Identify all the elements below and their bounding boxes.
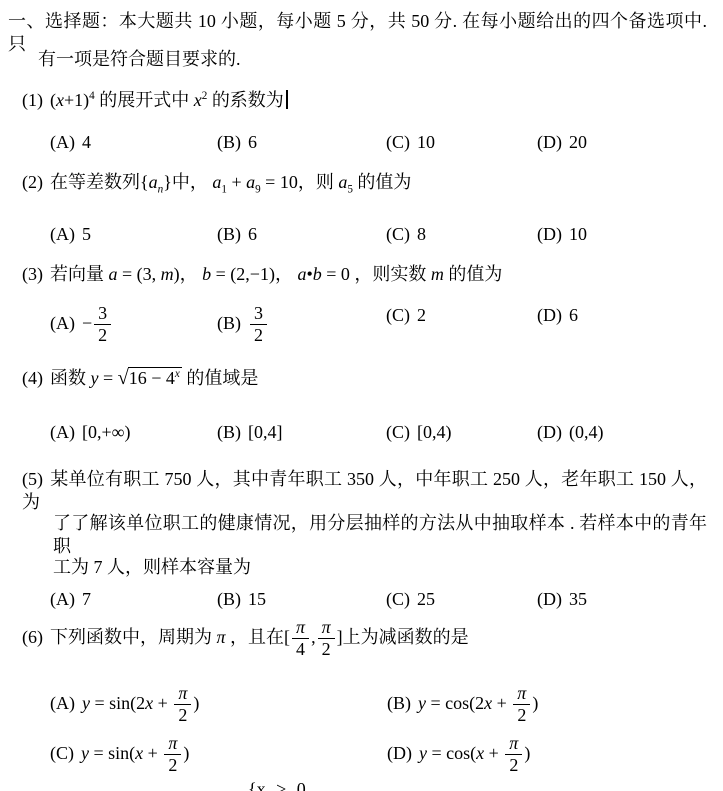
option-value: 20: [569, 132, 587, 152]
text-cursor: [286, 90, 288, 109]
question-number: (2): [22, 172, 43, 192]
option-value: 2: [417, 305, 426, 325]
question-6-stem: (6)下列函数中，周期为 π ，且在[π4,π2]上为减函数的是: [22, 618, 469, 659]
option-value: 10: [569, 224, 587, 244]
option-value: 6: [248, 224, 257, 244]
option-label: (D): [537, 132, 562, 152]
question-4-stem: (4)函数 y = √16 − 4x 的值域是: [22, 366, 258, 391]
option-b: (B)y = cos(2x + π2): [387, 684, 715, 725]
question-number: (6): [22, 627, 43, 647]
option-value: 32: [248, 313, 269, 333]
option-value: 10: [417, 132, 435, 152]
option-label: (C): [386, 132, 410, 152]
option-c: (C)2: [386, 304, 537, 345]
next-line-cutoff-fragment: {x > 0: [248, 778, 306, 791]
option-label: (A): [50, 693, 75, 713]
option-value: (0,4): [569, 422, 604, 442]
question-2-stem: (2)在等差数列{an}中， a1 + a9 = 10，则 a5 的值为: [22, 171, 411, 194]
question-text: 下列函数中，周期为 π ，且在[π4,π2]上为减函数的是: [50, 627, 469, 647]
option-value: [0,4]: [248, 422, 283, 442]
option-value: 35: [569, 589, 587, 609]
option-label: (D): [537, 422, 562, 442]
option-label: (C): [50, 743, 74, 763]
option-value: [0,+∞): [82, 422, 130, 442]
option-label: (B): [217, 132, 241, 152]
question-text: 若向量 a = (3, m)， b = (2,−1)， a•b = 0 ，则实数…: [50, 264, 502, 284]
option-d: (D)35: [537, 588, 715, 611]
option-d: (D)(0,4): [537, 421, 715, 444]
question-1-options: (A)4 (B)6 (C)10 (D)20: [50, 131, 715, 154]
option-label: (B): [217, 313, 241, 333]
option-value: [0,4): [417, 422, 452, 442]
option-label: (B): [217, 224, 241, 244]
question-number: (3): [22, 264, 43, 284]
option-value: y = cos(2x + π2): [418, 693, 538, 713]
option-value: 4: [82, 132, 91, 152]
question-5-stem-line1: (5)某单位有职工 750 人，其中青年职工 350 人，中年职工 250 人，…: [22, 468, 707, 513]
option-a: (A)4: [50, 131, 217, 154]
option-c: (C)10: [386, 131, 537, 154]
question-text: (x+1)4 的展开式中 x2 的系数为: [50, 90, 288, 110]
option-b: (B)[0,4]: [217, 421, 386, 444]
question-6-options-row2: (C)y = sin(x + π2) (D)y = cos(x + π2): [50, 734, 715, 775]
option-label: (C): [386, 589, 410, 609]
question-5-options: (A)7 (B)15 (C)25 (D)35: [50, 588, 715, 611]
question-4-options: (A)[0,+∞) (B)[0,4] (C)[0,4) (D)(0,4): [50, 421, 715, 444]
option-label: (D): [537, 305, 562, 325]
option-label: (A): [50, 224, 75, 244]
option-b: (B)6: [217, 223, 386, 246]
option-a: (A)7: [50, 588, 217, 611]
option-d: (D)6: [537, 304, 715, 345]
option-label: (A): [50, 422, 75, 442]
option-value: −32: [82, 313, 113, 333]
question-number: (4): [22, 368, 43, 388]
option-b: (B)15: [217, 588, 386, 611]
option-value: 8: [417, 224, 426, 244]
question-6-options-row1: (A)y = sin(2x + π2) (B)y = cos(2x + π2): [50, 684, 715, 725]
option-value: 6: [248, 132, 257, 152]
option-label: (A): [50, 132, 75, 152]
option-label: (D): [537, 224, 562, 244]
section-header-line2: 有一项是符合题目要求的.: [38, 48, 241, 71]
option-c: (C)y = sin(x + π2): [50, 734, 387, 775]
option-value: 5: [82, 224, 91, 244]
option-a: (A)−32: [50, 304, 217, 345]
question-text: 某单位有职工 750 人，其中青年职工 350 人，中年职工 250 人，老年职…: [22, 469, 707, 512]
option-d: (D)20: [537, 131, 715, 154]
option-label: (C): [386, 224, 410, 244]
option-label: (B): [217, 589, 241, 609]
option-c: (C)[0,4): [386, 421, 537, 444]
option-value: 6: [569, 305, 578, 325]
question-5-stem-line2: 了了解该单位职工的健康情况，用分层抽样的方法从中抽取样本 . 若样本中的青年职: [53, 512, 707, 557]
option-value: 15: [248, 589, 266, 609]
question-number: (5): [22, 469, 43, 489]
option-c: (C)8: [386, 223, 537, 246]
question-3-options: (A)−32 (B)32 (C)2 (D)6: [50, 304, 715, 345]
question-number: (1): [22, 90, 43, 110]
option-d: (D)10: [537, 223, 715, 246]
option-label: (A): [50, 589, 75, 609]
question-2-options: (A)5 (B)6 (C)8 (D)10: [50, 223, 715, 246]
option-b: (B)6: [217, 131, 386, 154]
option-label: (B): [387, 693, 411, 713]
option-c: (C)25: [386, 588, 537, 611]
option-value: y = sin(x + π2): [81, 743, 189, 763]
option-a: (A)[0,+∞): [50, 421, 217, 444]
option-label: (A): [50, 313, 75, 333]
option-value: y = cos(x + π2): [419, 743, 530, 763]
document-page[interactable]: { "page": { "header_line1": "一、选择题：本大题共 …: [0, 0, 723, 791]
option-b: (B)32: [217, 304, 386, 345]
option-label: (C): [386, 422, 410, 442]
question-text: 在等差数列{an}中， a1 + a9 = 10，则 a5 的值为: [50, 172, 411, 192]
option-label: (D): [537, 589, 562, 609]
option-d: (D)y = cos(x + π2): [387, 734, 715, 775]
option-label: (C): [386, 305, 410, 325]
option-a: (A)y = sin(2x + π2): [50, 684, 387, 725]
option-label: (B): [217, 422, 241, 442]
option-value: y = sin(2x + π2): [82, 693, 199, 713]
option-label: (D): [387, 743, 412, 763]
question-5-stem-line3: 工为 7 人，则样本容量为: [53, 556, 251, 579]
option-value: 7: [82, 589, 91, 609]
option-a: (A)5: [50, 223, 217, 246]
question-text: 函数 y = √16 − 4x 的值域是: [50, 368, 258, 388]
question-3-stem: (3)若向量 a = (3, m)， b = (2,−1)， a•b = 0 ，…: [22, 263, 502, 286]
option-value: 25: [417, 589, 435, 609]
question-1-stem: (1)(x+1)4 的展开式中 x2 的系数为: [22, 89, 288, 112]
